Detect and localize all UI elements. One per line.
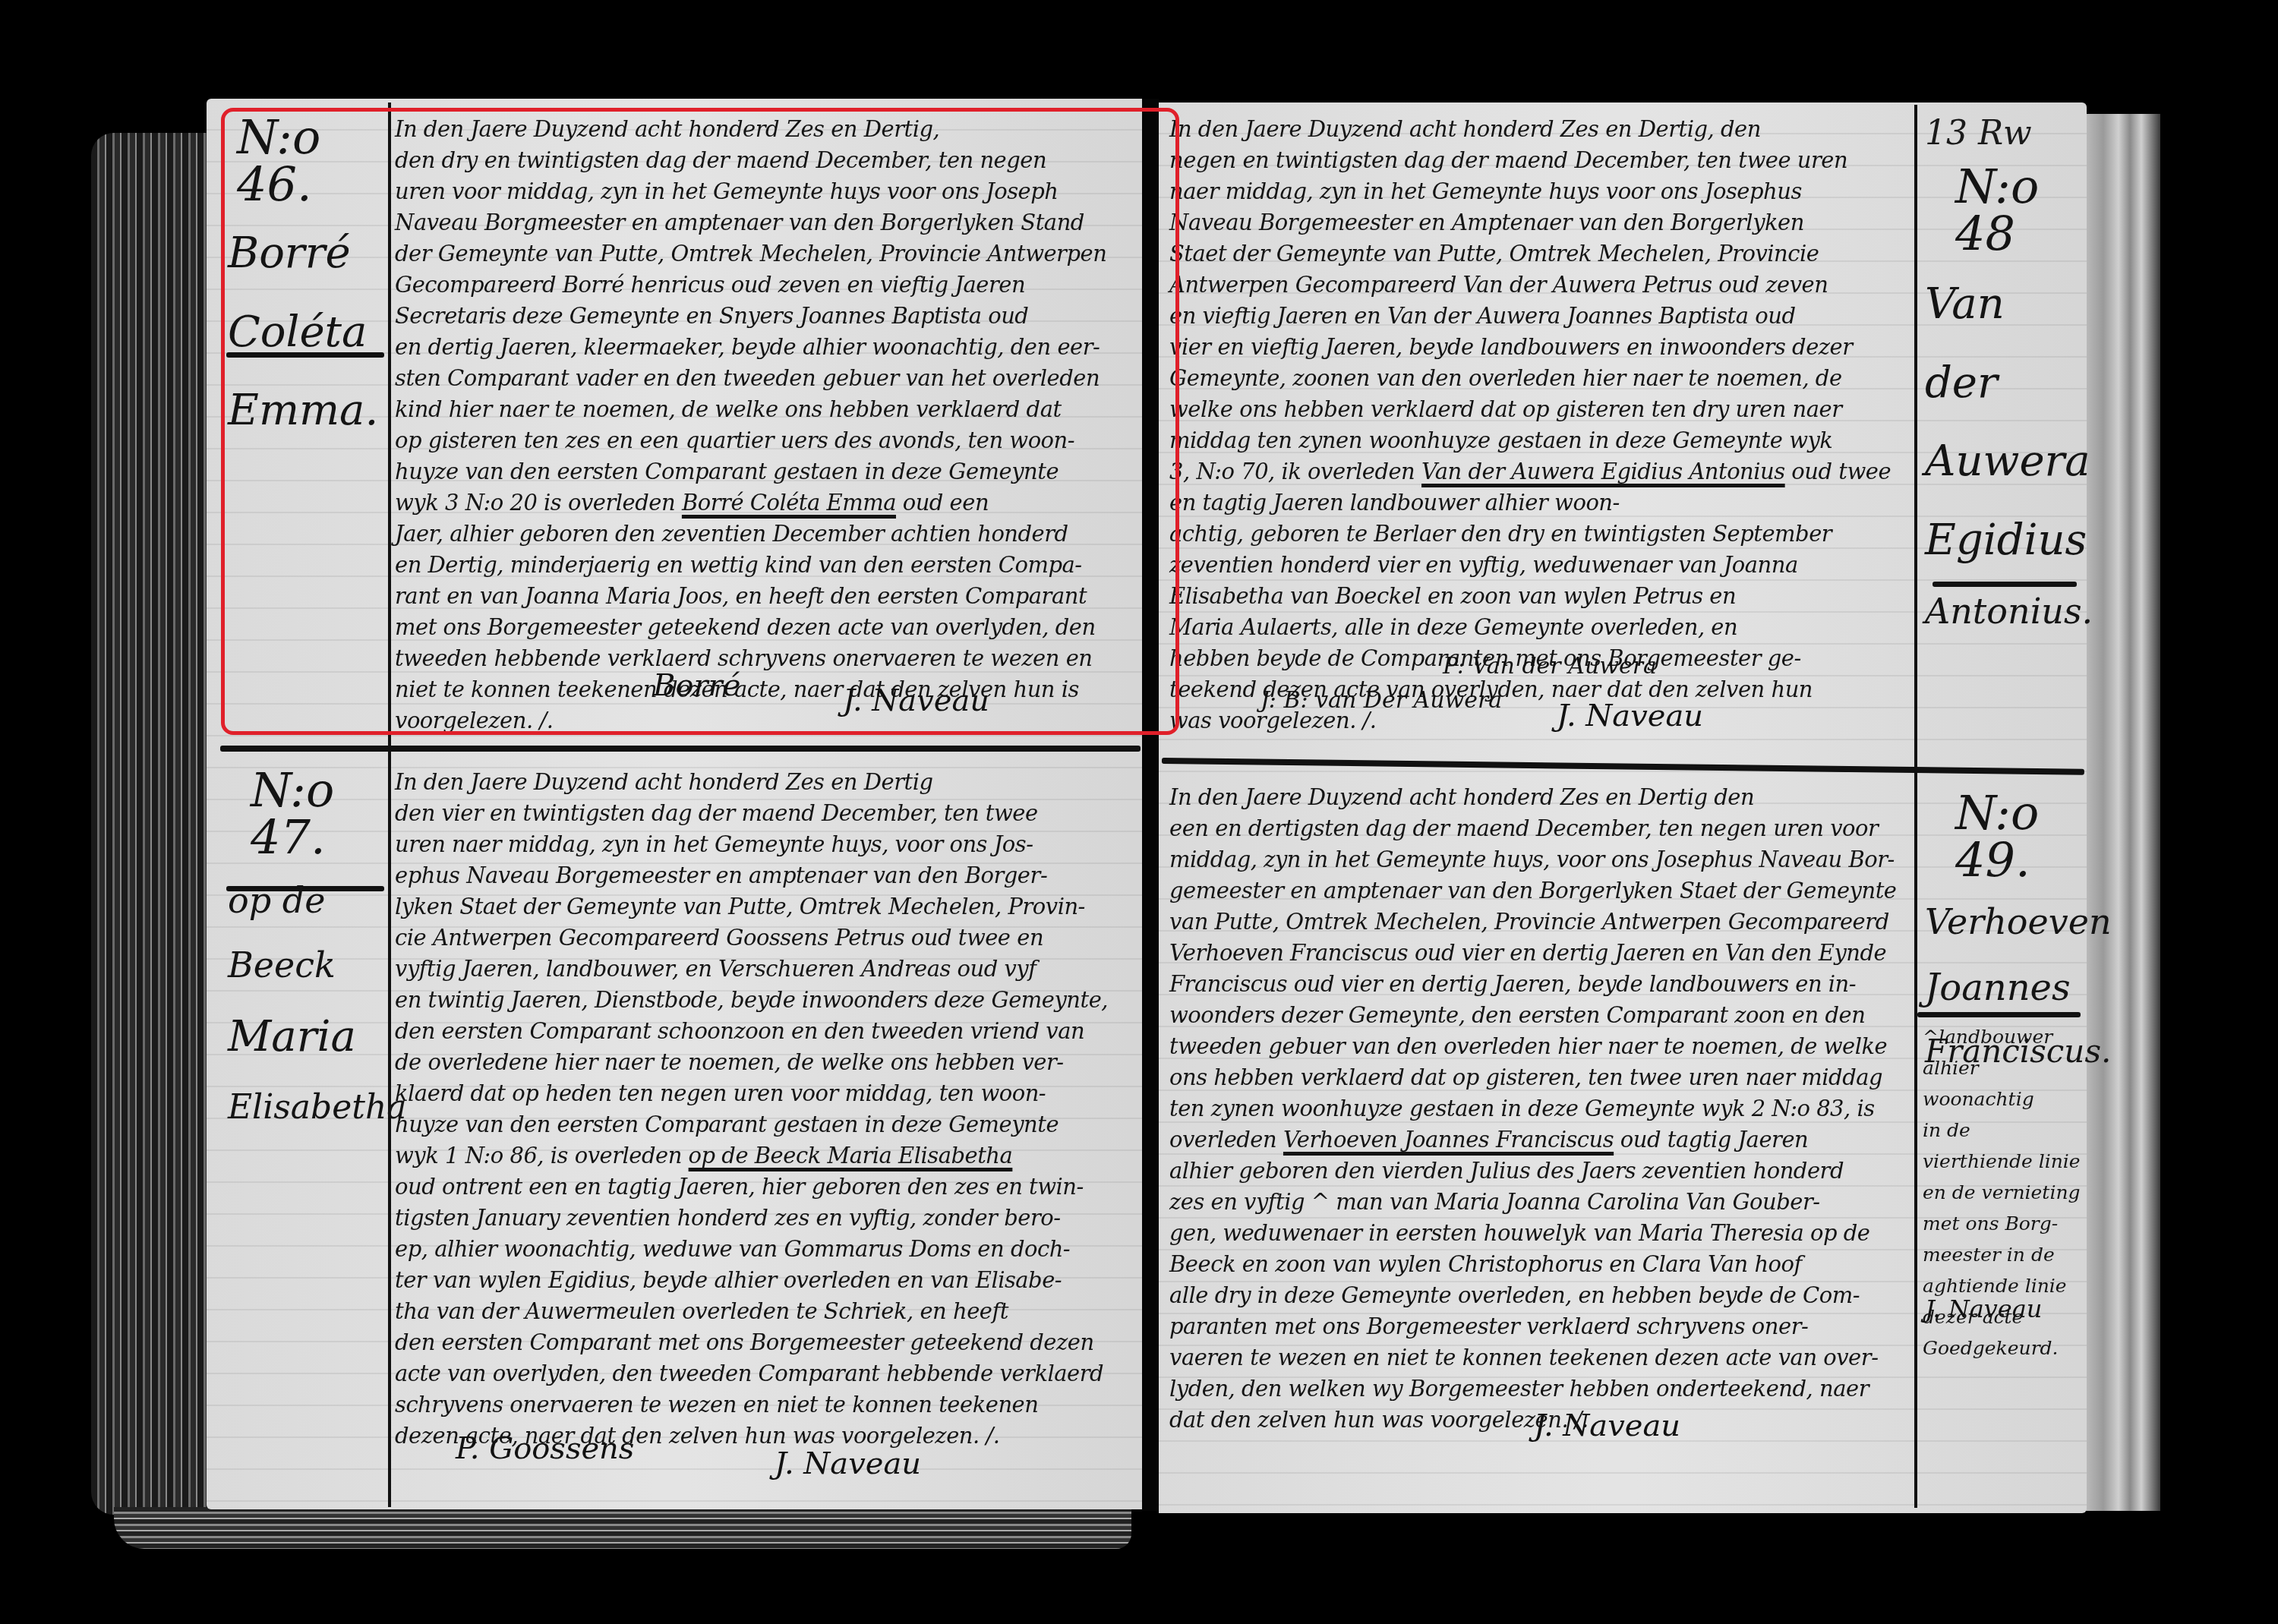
margin-name-line: Maria xyxy=(228,998,383,1077)
body-text: In den Jaere Duyzend acht honderd Zes en… xyxy=(395,769,1108,1168)
record-47-body: In den Jaere Duyzend acht honderd Zes en… xyxy=(395,767,1135,1452)
body-text-continued: oud ontrent een en tagtig Jaeren, hier g… xyxy=(395,1174,1103,1449)
margin-name-line: op de Beeck xyxy=(228,869,383,998)
deceased-name: op de Beeck Maria Elisabetha xyxy=(689,1143,1013,1168)
right-margin-column-divider xyxy=(1914,105,1917,1508)
deceased-name: Verhoeven Joannes Franciscus xyxy=(1283,1127,1614,1153)
margin-note-signature: J. Naveau xyxy=(1925,1294,2042,1323)
deceased-name: Van der Auwera Egidius Antonius xyxy=(1421,459,1785,484)
record-47-margin: N:o 47. op de Beeck Maria Elisabetha xyxy=(228,767,383,1138)
record-49-body: In den Jaere Duyzend acht honderd Zes en… xyxy=(1169,782,1910,1436)
body-text: In den Jaere Duyzend acht honderd Zes en… xyxy=(1169,116,1853,484)
signature-goossens: P. Goossens xyxy=(456,1431,634,1466)
margin-name-line: Verhoeven xyxy=(1925,890,2084,954)
highlight-box-record-46 xyxy=(221,108,1179,735)
signature-naveau: J. Naveau xyxy=(1534,1408,1680,1443)
margin-name-line: Van der xyxy=(1925,265,2084,422)
margin-name-line: Egidius xyxy=(1925,501,2084,580)
record-48-body: In den Jaere Duyzend acht honderd Zes en… xyxy=(1169,114,1910,736)
signature-p-van-der-auwera: P: Van der Auwera xyxy=(1443,653,1657,680)
record-number: N:o 49. xyxy=(1955,790,2084,884)
book-edge-left xyxy=(91,133,209,1515)
folio-number: 13 Rw xyxy=(1925,114,2032,153)
record-number: N:o 48 xyxy=(1955,163,2084,257)
record-number: N:o 47. xyxy=(251,767,383,861)
left-record-divider xyxy=(220,746,1141,752)
body-text: In den Jaere Duyzend acht honderd Zes en… xyxy=(1169,784,1896,1153)
margin-name-line: Antonius. xyxy=(1925,579,2084,644)
signature-naveau: J. Naveau xyxy=(775,1446,921,1481)
signature-jb-van-der-auwera: J: B: van Der Auwera xyxy=(1260,687,1502,714)
record-48-margin: N:o 48 Van der Auwera Egidius Antonius. xyxy=(1925,163,2084,644)
margin-name-line: Auwera xyxy=(1925,422,2084,501)
margin-name-line: Elisabetha xyxy=(228,1077,383,1138)
book-edge-bottom xyxy=(114,1507,1131,1549)
body-text-continued: oud tagtig Jaeren alhier geboren den vie… xyxy=(1169,1127,1878,1433)
margin-name-line: Joannes xyxy=(1925,954,2084,1022)
signature-naveau: J. Naveau xyxy=(1557,698,1703,733)
book-edge-right xyxy=(2084,114,2160,1511)
